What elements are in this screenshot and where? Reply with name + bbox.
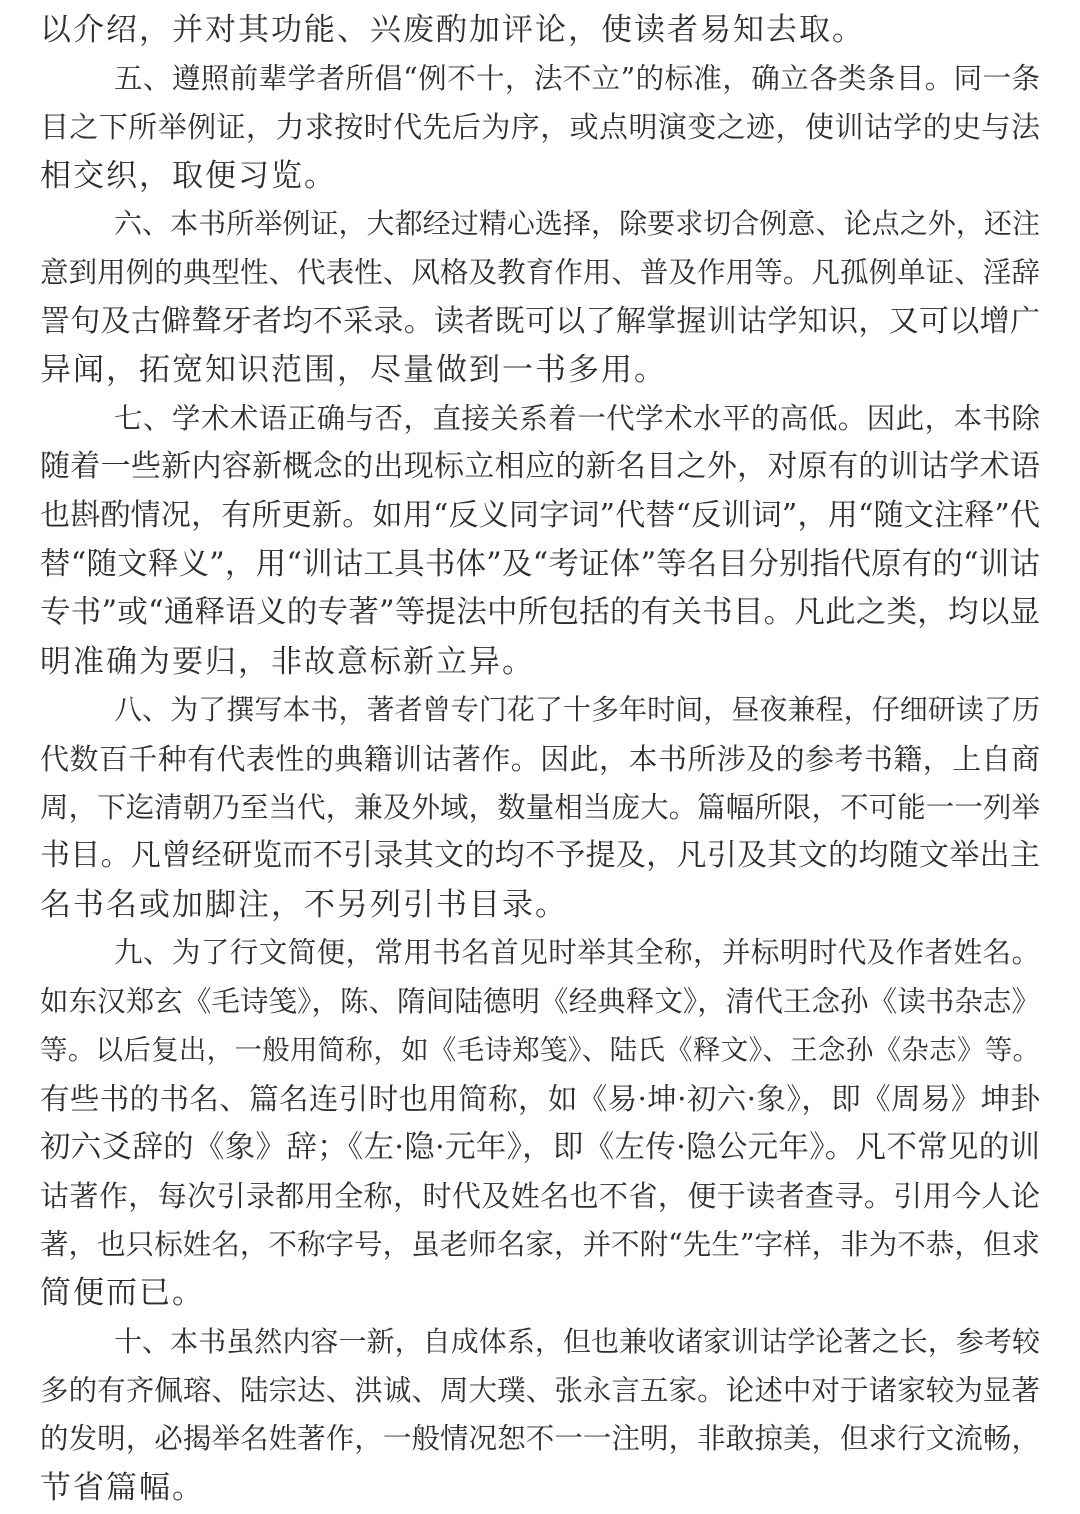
text-line: 以介绍，并对其功能、兴废酌加评论，使读者易知去取。 — [40, 6, 1040, 55]
text-line: 如东汉郑玄《毛诗笺》，陈、隋间陆德明《经典释文》，清代王念孙《读书杂志》 — [40, 978, 1040, 1027]
text-line: 书目。凡曾经研览而不引录其文的均不予提及，凡引及其文的均随文举出主 — [40, 832, 1040, 881]
text-line: 的发明，必揭举名姓著作，一般情况恕不一一注明，非敢掠美，但求行文流畅， — [40, 1415, 1040, 1464]
text-line: 异闻，拓宽知识范围，尽量做到一书多用。 — [40, 346, 1040, 395]
text-line: 代数百千种有代表性的典籍训诂著作。因此，本书所涉及的参考书籍，上自商 — [40, 735, 1040, 784]
text-line: 五、遵照前辈学者所倡“例不十，法不立”的标准，确立各类条目。同一条 — [40, 55, 1040, 104]
text-line: 周，下迄清朝乃至当代，兼及外域，数量相当庞大。篇幅所限，不可能一一列举 — [40, 784, 1040, 833]
text-line: 目之下所举例证，力求按时代先后为序，或点明演变之迹，使训诂学的史与法 — [40, 103, 1040, 152]
text-line: 诂著作，每次引录都用全称，时代及姓名也不省，便于读者查寻。引用今人论 — [40, 1172, 1040, 1221]
text-line: 六、本书所举例证，大都经过精心选择，除要求切合例意、论点之外，还注 — [40, 200, 1040, 249]
text-line: 等。以后复出，一般用简称，如《毛诗郑笺》、陆氏《释文》、王念孙《杂志》等。 — [40, 1026, 1040, 1075]
text-line: 意到用例的典型性、代表性、风格及教育作用、普及作用等。凡孤例单证、淫辞 — [40, 249, 1040, 298]
document-page: 以介绍，并对其功能、兴废酌加评论，使读者易知去取。五、遵照前辈学者所倡“例不十，… — [0, 0, 1080, 1514]
text-line: 著，也只标姓名，不称字号，虽老师名家，并不附“先生”字样，非为不恭，但求 — [40, 1221, 1040, 1270]
text-line: 八、为了撰写本书，著者曾专门花了十多年时间，昼夜兼程，仔细研读了历 — [40, 686, 1040, 735]
text-line: 简便而已。 — [40, 1269, 1040, 1318]
text-line: 名书名或加脚注，不另列引书目录。 — [40, 881, 1040, 930]
text-line: 节省篇幅。 — [40, 1464, 1040, 1513]
text-line: 替“随文释义”，用“训诂工具书体”及“考证体”等名目分别指代原有的“训诂 — [40, 541, 1040, 590]
text-line: 詈句及古僻聱牙者均不采录。读者既可以了解掌握训诂学知识，又可以增广 — [40, 298, 1040, 347]
text-line: 专书”或“通释语义的专著”等提法中所包括的有关书目。凡此之类，均以显 — [40, 589, 1040, 638]
text-line: 有些书的书名、篇名连引时也用简称，如《易·坤·初六·象》，即《周易》坤卦 — [40, 1075, 1040, 1124]
text-line: 九、为了行文简便，常用书名首见时举其全称，并标明时代及作者姓名。 — [40, 929, 1040, 978]
text-line: 相交织，取便习览。 — [40, 152, 1040, 201]
text-line: 也斟酌情况，有所更新。如用“反义同字词”代替“反训词”，用“随文注释”代 — [40, 492, 1040, 541]
text-line: 初六爻辞的《象》辞；《左·隐·元年》，即《左传·隐公元年》。凡不常见的训 — [40, 1124, 1040, 1173]
text-line: 随着一些新内容新概念的出现标立相应的新名目之外，对原有的训诂学术语 — [40, 443, 1040, 492]
text-line: 明准确为要归，非故意标新立异。 — [40, 638, 1040, 687]
text-line: 多的有齐佩瑢、陆宗达、洪诚、周大璞、张永言五家。论述中对于诸家较为显著 — [40, 1367, 1040, 1416]
text-line: 七、学术术语正确与否，直接关系着一代学术水平的高低。因此，本书除 — [40, 395, 1040, 444]
document-body: 以介绍，并对其功能、兴废酌加评论，使读者易知去取。五、遵照前辈学者所倡“例不十，… — [0, 0, 1080, 1512]
text-line: 十、本书虽然内容一新，自成体系，但也兼收诸家训诂学论著之长，参考较 — [40, 1318, 1040, 1367]
